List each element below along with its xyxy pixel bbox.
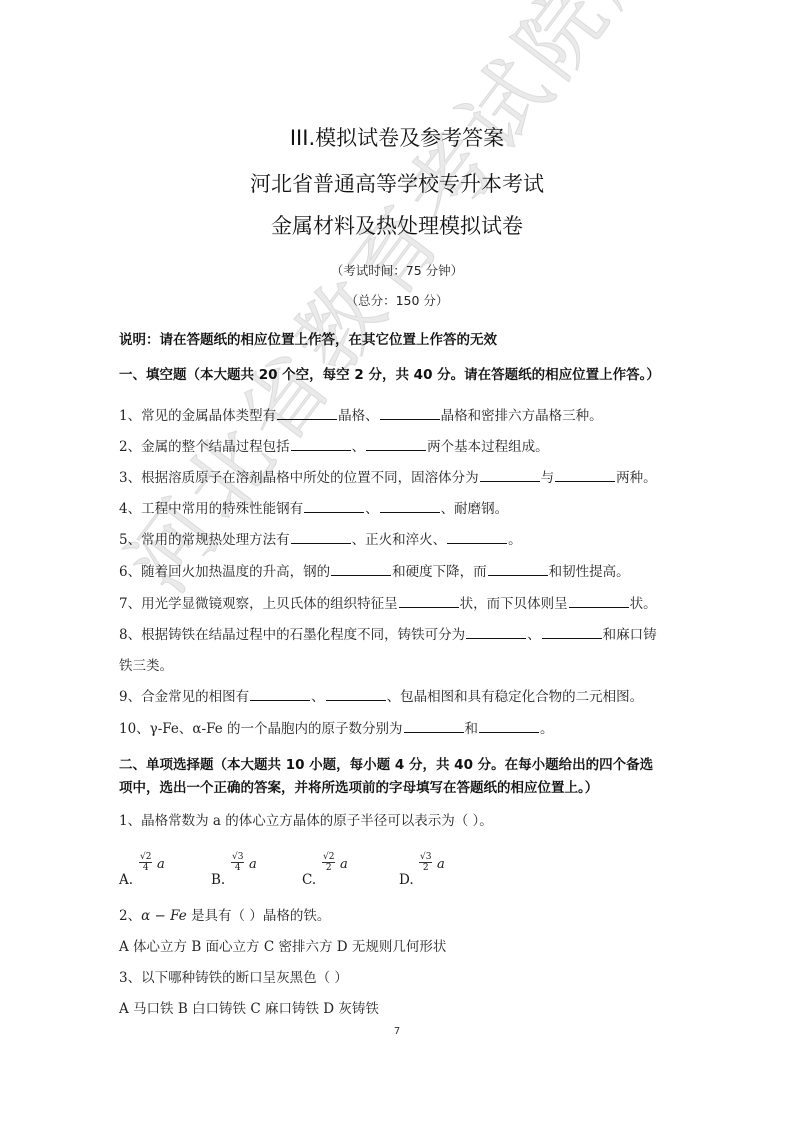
- answer-blank[interactable]: [366, 436, 426, 451]
- exam-title: 金属材料及热处理模拟试卷: [0, 210, 794, 240]
- fraction: √32: [419, 852, 432, 873]
- fill-in-question: 7、用光学显微镜观察，上贝氏体的组织特征呈状，而下贝体则呈状。: [119, 592, 657, 612]
- header-line-2: 河北省普通高等学校专升本考试: [0, 168, 794, 198]
- section2-heading-line2: 项中，选出一个正确的答案，并将所选项前的字母填写在答题纸的相应位置上。）: [119, 776, 598, 796]
- answer-blank[interactable]: [380, 405, 440, 420]
- total-score: （总分：150 分）: [0, 291, 794, 309]
- answer-blank[interactable]: [399, 593, 459, 608]
- answer-blank[interactable]: [466, 624, 526, 639]
- fill-in-question: 9、合金常见的相图有、、包晶相图和具有稳定化合物的二元相图。: [119, 685, 643, 705]
- mc-question-3-options: A 马口铁 B 白口铸铁 C 麻口铸铁 D 灰铸铁: [119, 997, 379, 1017]
- answer-blank[interactable]: [569, 593, 629, 608]
- fill-in-question-continuation: 铁三类。: [119, 654, 173, 674]
- section1-heading: 一、填空题（本大题共 20 个空，每空 2 分，共 40 分。请在答题纸的相应位…: [119, 363, 660, 383]
- answer-blank[interactable]: [326, 686, 386, 701]
- option-label: B.: [211, 872, 225, 888]
- section2-heading-line1: 二、单项选择题（本大题共 10 小题，每小题 4 分，共 40 分。在每小题给出…: [119, 753, 653, 773]
- fill-in-question: 10、γ-Fe、α-Fe 的一个晶胞内的原子数分别为和。: [119, 717, 554, 737]
- mc-question-2-options: A 体心立方 B 面心立方 C 密排六方 D 无规则几何形状: [119, 935, 446, 955]
- answer-blank[interactable]: [404, 718, 464, 733]
- fill-in-question: 6、随着回火加热温度的升高，钢的和硬度下降，而和韧性提高。: [119, 560, 630, 580]
- answer-blank[interactable]: [479, 718, 539, 733]
- mc-question-2: 2、α − Fe 是具有（ ）晶格的铁。: [119, 904, 330, 924]
- answer-blank[interactable]: [542, 624, 602, 639]
- answer-blank[interactable]: [277, 405, 337, 420]
- instructions: 说明：请在答题纸的相应位置上作答，在其它位置上作答的无效: [119, 328, 497, 348]
- option-label: C.: [302, 872, 316, 888]
- formula: α − Fe: [141, 908, 187, 924]
- answer-blank[interactable]: [291, 529, 351, 544]
- mc-question-1: 1、晶格常数为 a 的体心立方晶体的原子半径可以表示为（ ）。: [119, 809, 493, 829]
- fill-in-question: 4、工程中常用的特殊性能钢有、、耐磨钢。: [119, 497, 508, 517]
- fill-in-question: 2、金属的整个结晶过程包括、两个基本过程组成。: [119, 435, 549, 455]
- answer-blank[interactable]: [304, 498, 364, 513]
- fraction: √24: [139, 852, 152, 873]
- exam-time: （考试时间：75 分钟）: [0, 261, 794, 279]
- answer-blank[interactable]: [488, 561, 548, 576]
- mc-question-3: 3、以下哪种铸铁的断口呈灰黑色（ ）: [119, 966, 348, 986]
- option-label: A.: [119, 872, 133, 888]
- fill-in-question: 5、常用的常规热处理方法有、正火和淬火、。: [119, 528, 522, 548]
- fill-in-question: 8、根据铸铁在结晶过程中的石墨化程度不同，铸铁可分为、和麻口铸: [119, 623, 657, 643]
- fill-in-question: 3、根据溶质原子在溶剂晶格中所处的位置不同，固溶体分为与两种。: [119, 466, 657, 486]
- answer-blank[interactable]: [291, 436, 351, 451]
- fraction: √22: [322, 852, 335, 873]
- answer-blank[interactable]: [380, 498, 440, 513]
- fill-in-question: 1、常见的金属晶体类型有晶格、晶格和密排六方晶格三种。: [119, 404, 603, 424]
- header-line-1: III.模拟试卷及参考答案: [0, 122, 794, 152]
- mc-question-1-options: A. √24 a B. √34 a C. √22 a D. √32 a: [119, 852, 519, 892]
- answer-blank[interactable]: [331, 561, 391, 576]
- answer-blank[interactable]: [555, 467, 615, 482]
- answer-blank[interactable]: [447, 529, 507, 544]
- page-number: 7: [0, 1026, 794, 1037]
- option-label: D.: [399, 872, 414, 888]
- answer-blank[interactable]: [480, 467, 540, 482]
- answer-blank[interactable]: [250, 686, 310, 701]
- fraction: √34: [231, 852, 244, 873]
